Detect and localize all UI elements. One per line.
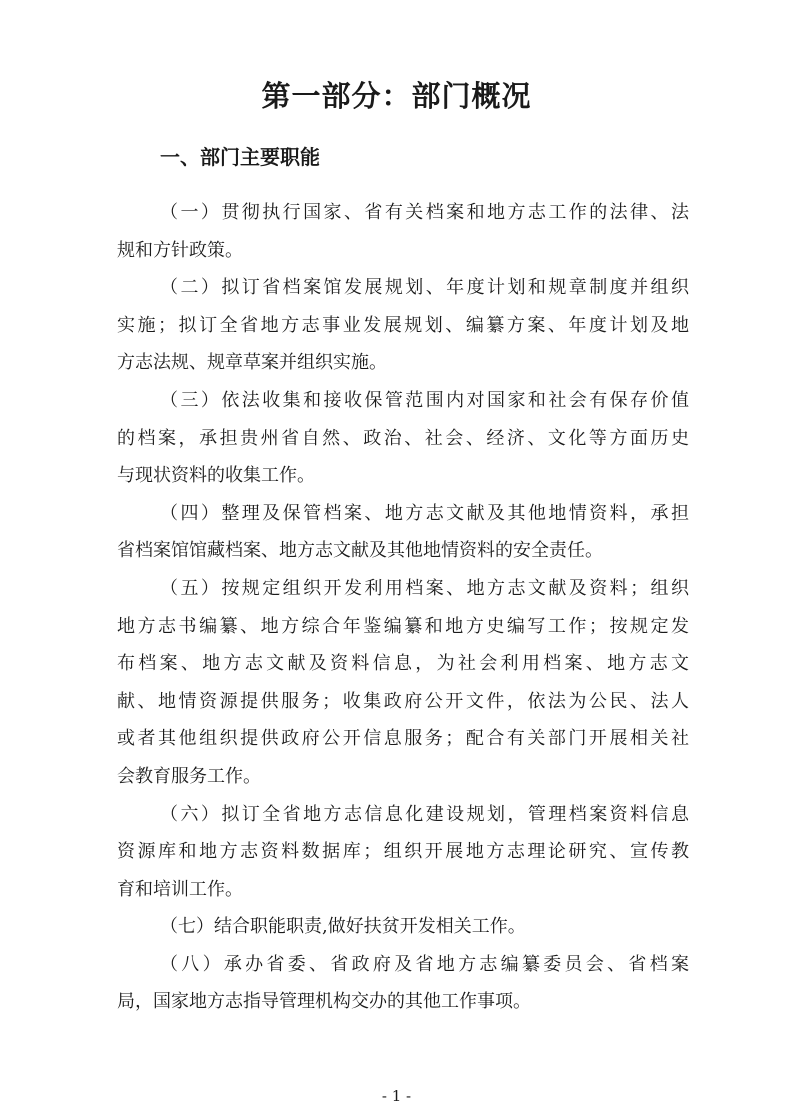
paragraph-line: 局，国家地方志指导管理机构交办的其他工作事项。 [117,983,689,1021]
paragraph-line: 育和培训工作。 [117,871,689,909]
section-heading: 一、部门主要职能 [160,141,320,173]
paragraph-line: 的档案，承担贵州省自然、政治、社会、经济、文化等方面历史 [117,420,689,458]
paragraph-line: （三）依法收集和接收保管范围内对国家和社会有保存价值 [117,382,689,420]
paragraph-line: （二）拟订省档案馆发展规划、年度计划和规章制度并组织 [117,269,689,307]
paragraph-line: 省档案馆馆藏档案、地方志文献及其他地情资料的安全责任。 [117,532,689,570]
paragraph-5: （五）按规定组织开发利用档案、地方志文献及资料；组织 地方志书编纂、地方综合年鉴… [117,570,689,796]
paragraph-3: （三）依法收集和接收保管范围内对国家和社会有保存价值 的档案，承担贵州省自然、政… [117,382,689,495]
section-body: （一）贯彻执行国家、省有关档案和地方志工作的法律、法 规和方针政策。 （二）拟订… [117,194,689,1021]
paragraph-4: （四）整理及保管档案、地方志文献及其他地情资料，承担 省档案馆馆藏档案、地方志文… [117,495,689,570]
paragraph-line: 布档案、地方志文献及资料信息，为社会利用档案、地方志文 [117,645,689,683]
paragraph-line: （七）结合职能职责,做好扶贫开发相关工作。 [117,908,689,946]
paragraph-line: 地方志书编纂、地方综合年鉴编纂和地方史编写工作；按规定发 [117,608,689,646]
page-title: 第一部分：部门概况 [0,74,793,118]
paragraph-line: 与现状资料的收集工作。 [117,457,689,495]
page-number: - 1 - [0,1086,793,1106]
paragraph-line: （六）拟订全省地方志信息化建设规划，管理档案资料信息 [117,796,689,834]
paragraph-line: （八）承办省委、省政府及省地方志编纂委员会、省档案 [117,946,689,984]
paragraph-line: （五）按规定组织开发利用档案、地方志文献及资料；组织 [117,570,689,608]
paragraph-line: 会教育服务工作。 [117,758,689,796]
paragraph-2: （二）拟订省档案馆发展规划、年度计划和规章制度并组织 实施；拟订全省地方志事业发… [117,269,689,382]
paragraph-line: 方志法规、规章草案并组织实施。 [117,344,689,382]
paragraph-line: 实施；拟订全省地方志事业发展规划、编纂方案、年度计划及地 [117,307,689,345]
paragraph-1: （一）贯彻执行国家、省有关档案和地方志工作的法律、法 规和方针政策。 [117,194,689,269]
paragraph-line: 或者其他组织提供政府公开信息服务；配合有关部门开展相关社 [117,720,689,758]
paragraph-6: （六）拟订全省地方志信息化建设规划，管理档案资料信息 资源库和地方志资料数据库；… [117,796,689,909]
paragraph-line: 献、地情资源提供服务；收集政府公开文件，依法为公民、法人 [117,683,689,721]
paragraph-line: （一）贯彻执行国家、省有关档案和地方志工作的法律、法 [117,194,689,232]
paragraph-7: （七）结合职能职责,做好扶贫开发相关工作。 [117,908,689,946]
paragraph-line: 规和方针政策。 [117,232,689,270]
paragraph-line: （四）整理及保管档案、地方志文献及其他地情资料，承担 [117,495,689,533]
paragraph-line: 资源库和地方志资料数据库；组织开展地方志理论研究、宣传教 [117,833,689,871]
paragraph-8: （八）承办省委、省政府及省地方志编纂委员会、省档案 局，国家地方志指导管理机构交… [117,946,689,1021]
